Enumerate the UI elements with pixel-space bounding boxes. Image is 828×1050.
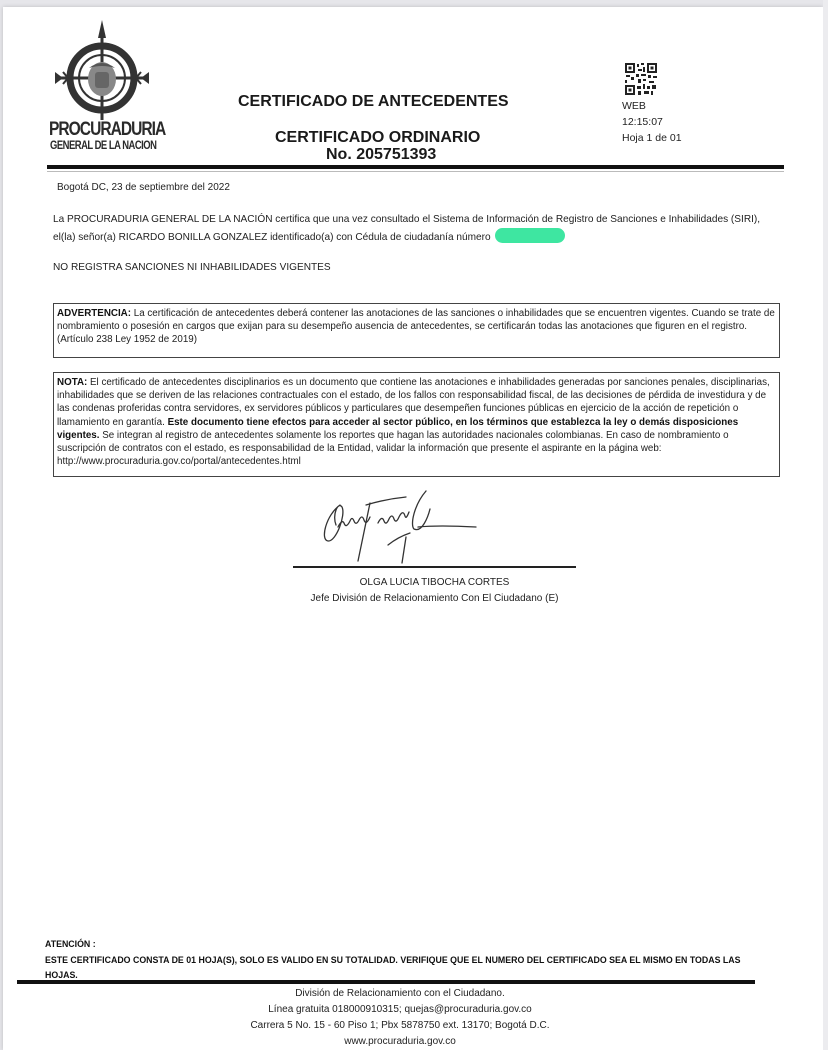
logo-title: PROCURADURIA xyxy=(49,120,136,139)
logo-subtitle: GENERAL DE LA NACION xyxy=(50,140,157,152)
qr-code-icon[interactable] xyxy=(624,62,658,96)
sanctions-status: NO REGISTRA SANCIONES NI INHABILIDADES V… xyxy=(53,262,331,273)
certificate-number: No. 205751393 xyxy=(326,146,436,164)
warning-label: ADVERTENCIA: xyxy=(57,308,131,319)
note-box: NOTA: El certificado de antecedentes dis… xyxy=(53,372,780,477)
procuraduria-logo: PROCURADURIA GENERAL DE LA NACION xyxy=(49,16,155,166)
note-label: NOTA: xyxy=(57,377,87,388)
certification-text: La PROCURADURIA GENERAL DE LA NACIÓN cer… xyxy=(53,214,760,243)
warning-box: ADVERTENCIA: La certificación de anteced… xyxy=(53,303,780,358)
signature-line xyxy=(293,566,576,568)
footer-divider xyxy=(17,980,755,984)
signature-image xyxy=(318,485,488,565)
attention-text: ESTE CERTIFICADO CONSTA DE 01 HOJA(S), S… xyxy=(45,953,765,983)
page-edge-shadow xyxy=(823,0,828,1050)
footer-division: División de Relacionamiento con el Ciuda… xyxy=(170,986,630,1002)
note-text-after: Se integran al registro de antecedentes … xyxy=(57,430,729,467)
page-label: Hoja 1 de 01 xyxy=(622,130,682,146)
channel-label: WEB xyxy=(622,98,682,114)
warning-text: La certificación de antecedentes deberá … xyxy=(57,308,775,345)
footer-website-link[interactable]: www.procuraduria.gov.co xyxy=(170,1034,630,1050)
target-crest-icon xyxy=(49,16,155,120)
footer-contact: División de Relacionamiento con el Ciuda… xyxy=(170,986,630,1050)
header-divider xyxy=(47,165,784,169)
signer-role: Jefe División de Relacionamiento Con El … xyxy=(243,593,626,604)
issue-date: Bogotá DC, 23 de septiembre del 2022 xyxy=(57,182,230,193)
certification-paragraph: La PROCURADURIA GENERAL DE LA NACIÓN cer… xyxy=(53,212,783,246)
certificate-meta: WEB 12:15:07 Hoja 1 de 01 xyxy=(622,98,682,146)
time-label: 12:15:07 xyxy=(622,114,682,130)
signer-name: OLGA LUCIA TIBOCHA CORTES xyxy=(293,577,576,588)
redacted-id-number xyxy=(495,228,565,243)
footer-hotline: Línea gratuita 018000910315; quejas@proc… xyxy=(170,1002,630,1018)
footer-address: Carrera 5 No. 15 - 60 Piso 1; Pbx 587875… xyxy=(170,1018,630,1034)
document-title: CERTIFICADO DE ANTECEDENTES xyxy=(238,93,509,111)
attention-label: ATENCIÓN : xyxy=(45,939,96,949)
document-subtitle: CERTIFICADO ORDINARIO xyxy=(275,129,480,147)
header-divider-thin xyxy=(47,171,784,172)
